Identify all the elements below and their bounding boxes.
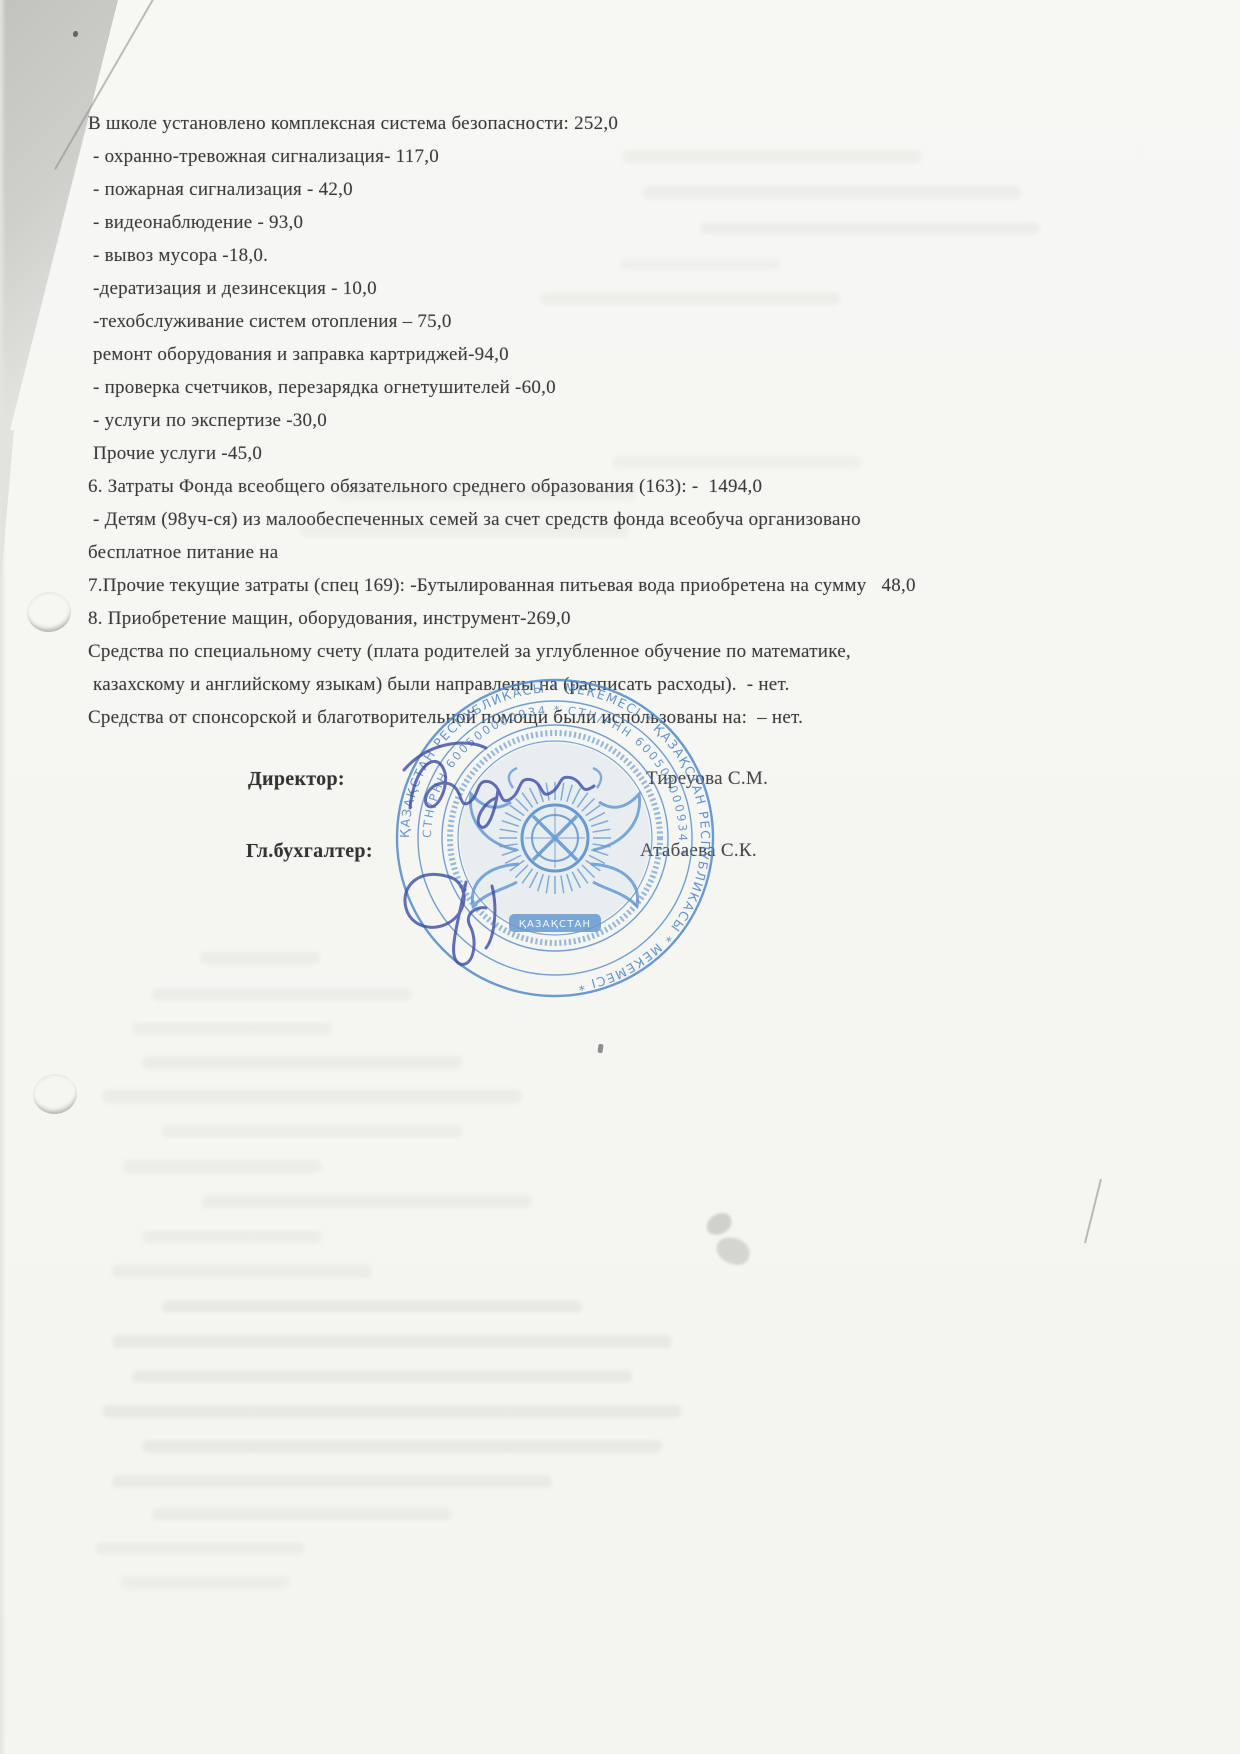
- document-line: - пожарная сигнализация - 42,0: [88, 178, 353, 202]
- smudge-mark: [714, 1235, 753, 1268]
- hole-punch-mark: [24, 589, 73, 635]
- bleed-through-text-ghost: [95, 1542, 305, 1555]
- document-line: - вывоз мусора -18,0.: [88, 244, 268, 268]
- bleed-through-text-ghost: [142, 1440, 662, 1453]
- bleed-through-text-ghost: [112, 1475, 552, 1488]
- document-line: - услуги по экспертизе -30,0: [88, 409, 327, 433]
- bleed-through-text-ghost: [622, 150, 922, 163]
- document-line: 7.Прочие текущие затраты (спец 169): -Бу…: [88, 574, 916, 598]
- bleed-through-text-ghost: [162, 1125, 462, 1138]
- bleed-through-text-ghost: [152, 1508, 452, 1521]
- bleed-through-text-ghost: [540, 292, 840, 305]
- ink-speck: [597, 1044, 603, 1054]
- document-line: -техобслуживание систем отопления – 75,0: [88, 310, 452, 334]
- bleed-through-text-ghost: [700, 222, 1040, 235]
- accountant-signature: [405, 874, 495, 964]
- bleed-through-text-ghost: [336, 488, 636, 501]
- document-line: В школе установлено комплексная система …: [88, 112, 618, 136]
- document-line: бесплатное питание на: [88, 541, 278, 565]
- director-signature: [404, 743, 594, 827]
- bleed-through-text-ghost: [620, 258, 780, 271]
- scanned-document-page: В школе установлено комплексная система …: [0, 0, 1240, 1754]
- scan-hairline: [1084, 1179, 1102, 1244]
- document-line: ремонт оборудования и заправка картридже…: [88, 343, 509, 367]
- bleed-through-text-ghost: [122, 1160, 322, 1173]
- bleed-through-text-ghost: [132, 1022, 332, 1035]
- bleed-through-text-ghost: [142, 1056, 462, 1069]
- bleed-through-text-ghost: [200, 952, 320, 965]
- bleed-through-text-ghost: [102, 1405, 682, 1418]
- document-line: -дератизация и дезинсекция - 10,0: [88, 277, 377, 301]
- bleed-through-text-ghost: [102, 1090, 522, 1103]
- scan-left-edge-shadow: [0, 0, 6, 1754]
- bleed-through-text-ghost: [120, 1576, 290, 1589]
- bleed-through-text-ghost: [112, 1335, 672, 1348]
- accountant-label: Гл.бухгалтер:: [246, 840, 373, 863]
- hole-punch-mark: [30, 1071, 79, 1117]
- bleed-through-text-ghost: [202, 1195, 532, 1208]
- director-label: Директор:: [248, 768, 345, 791]
- document-line: - видеонаблюдение - 93,0: [88, 211, 303, 235]
- bleed-through-text-ghost: [112, 1265, 372, 1278]
- document-line: - проверка счетчиков, перезарядка огнету…: [88, 376, 556, 400]
- bleed-through-text-ghost: [132, 1370, 632, 1383]
- bleed-through-text-ghost: [162, 1300, 582, 1313]
- signatures-layer: [380, 640, 760, 1020]
- document-line: - охранно-тревожная сигнализация- 117,0: [88, 145, 439, 169]
- bleed-through-text-ghost: [612, 456, 862, 469]
- bleed-through-text-ghost: [142, 1230, 322, 1243]
- document-line: Прочие услуги -45,0: [88, 442, 262, 466]
- bleed-through-text-ghost: [642, 186, 1022, 199]
- bleed-through-text-ghost: [300, 524, 630, 537]
- document-line: 8. Приобретение мащин, оборудования, инс…: [88, 607, 571, 631]
- smudge-mark: [704, 1210, 735, 1237]
- bleed-through-text-ghost: [152, 988, 412, 1001]
